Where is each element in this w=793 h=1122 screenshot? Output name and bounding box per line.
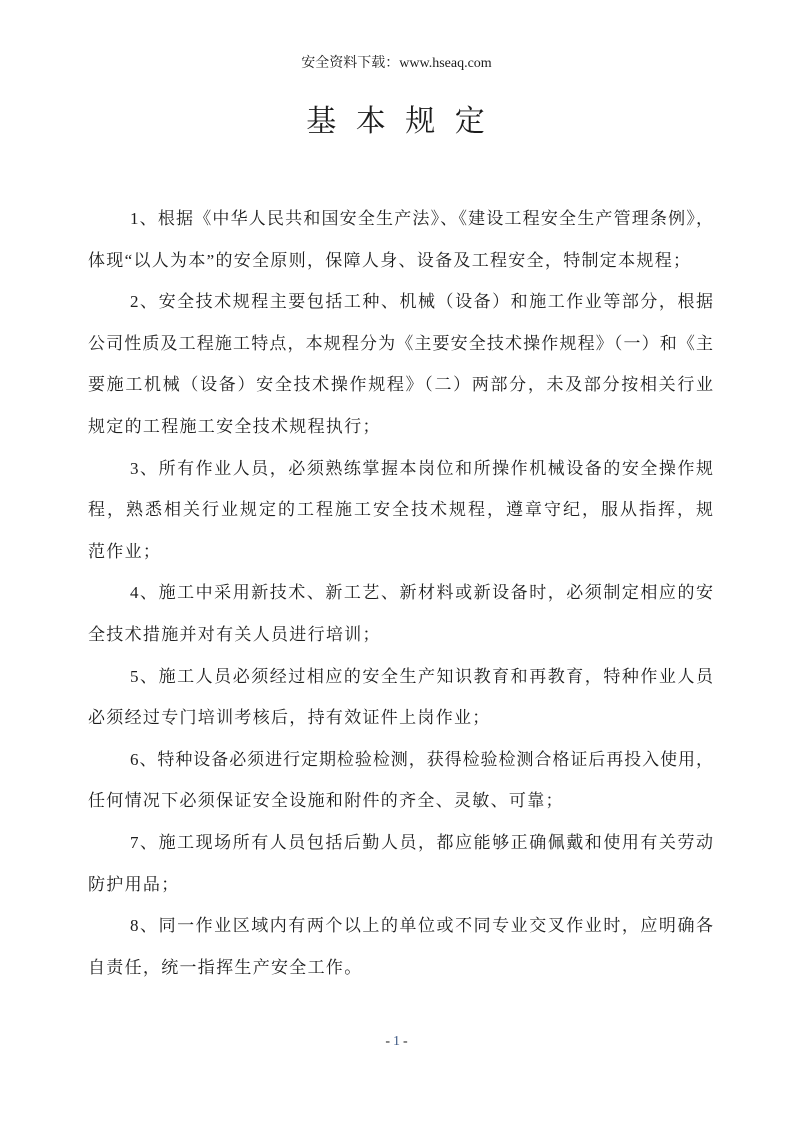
body-line: 程，熟悉相关行业规定的工程施工安全技术规程，遵章守纪，服从指挥，规	[88, 489, 713, 531]
page-number-suffix: -	[403, 1034, 408, 1049]
body-line: 规定的工程施工安全技术规程执行；	[88, 406, 713, 448]
body-line: 全技术措施并对有关人员进行培训；	[88, 614, 713, 656]
document-page: 安全资料下载：www.hseaq.com 基 本 规 定 1、根据《中华人民共和…	[0, 0, 793, 1122]
body-line: 任何情况下必须保证安全设施和附件的齐全、灵敏、可靠；	[88, 780, 713, 822]
paragraph-1: 1、根据《中华人民共和国安全生产法》、《建设工程安全生产管理条例》， 体现“以人…	[88, 198, 713, 281]
body-line: 必须经过专门培训考核后，持有效证件上岗作业；	[88, 697, 713, 739]
page-header: 安全资料下载：www.hseaq.com	[0, 54, 793, 74]
body-line: 防护用品；	[88, 864, 713, 906]
paragraph-5: 5、施工人员必须经过相应的安全生产知识教育和再教育，特种作业人员 必须经过专门培…	[88, 656, 713, 739]
paragraph-2: 2、安全技术规程主要包括工种、机械（设备）和施工作业等部分，根据 公司性质及工程…	[88, 281, 713, 447]
paragraph-4: 4、施工中采用新技术、新工艺、新材料或新设备时，必须制定相应的安 全技术措施并对…	[88, 572, 713, 655]
header-url: www.hseaq.com	[399, 56, 491, 71]
body-line: 6、特种设备必须进行定期检验检测，获得检验检测合格证后再投入使用，	[88, 739, 713, 781]
body-line: 公司性质及工程施工特点，本规程分为《主要安全技术操作规程》（一）和《主	[88, 323, 713, 365]
page-number: 1	[393, 1034, 400, 1049]
body-line: 1、根据《中华人民共和国安全生产法》、《建设工程安全生产管理条例》，	[88, 198, 713, 240]
body-line: 3、所有作业人员，必须熟练掌握本岗位和所操作机械设备的安全操作规	[88, 448, 713, 490]
body-line: 自责任，统一指挥生产安全工作。	[88, 947, 713, 989]
body-line: 8、同一作业区域内有两个以上的单位或不同专业交叉作业时，应明确各	[88, 905, 713, 947]
page-footer: -1-	[0, 1032, 793, 1052]
body-line: 4、施工中采用新技术、新工艺、新材料或新设备时，必须制定相应的安	[88, 572, 713, 614]
paragraph-7: 7、施工现场所有人员包括后勤人员，都应能够正确佩戴和使用有关劳动 防护用品；	[88, 822, 713, 905]
paragraph-6: 6、特种设备必须进行定期检验检测，获得检验检测合格证后再投入使用， 任何情况下必…	[88, 739, 713, 822]
body-line: 5、施工人员必须经过相应的安全生产知识教育和再教育，特种作业人员	[88, 656, 713, 698]
document-title: 基 本 规 定	[0, 103, 793, 141]
paragraph-8: 8、同一作业区域内有两个以上的单位或不同专业交叉作业时，应明确各 自责任，统一指…	[88, 905, 713, 988]
header-label: 安全资料下载：	[301, 56, 399, 71]
body-line: 范作业；	[88, 531, 713, 573]
document-body: 1、根据《中华人民共和国安全生产法》、《建设工程安全生产管理条例》， 体现“以人…	[88, 198, 713, 988]
body-line: 7、施工现场所有人员包括后勤人员，都应能够正确佩戴和使用有关劳动	[88, 822, 713, 864]
body-line: 要施工机械（设备）安全技术操作规程》（二）两部分，未及部分按相关行业	[88, 364, 713, 406]
page-number-prefix: -	[385, 1034, 390, 1049]
body-line: 体现“以人为本”的安全原则，保障人身、设备及工程安全，特制定本规程；	[88, 240, 713, 282]
body-line: 2、安全技术规程主要包括工种、机械（设备）和施工作业等部分，根据	[88, 281, 713, 323]
paragraph-3: 3、所有作业人员，必须熟练掌握本岗位和所操作机械设备的安全操作规 程，熟悉相关行…	[88, 448, 713, 573]
